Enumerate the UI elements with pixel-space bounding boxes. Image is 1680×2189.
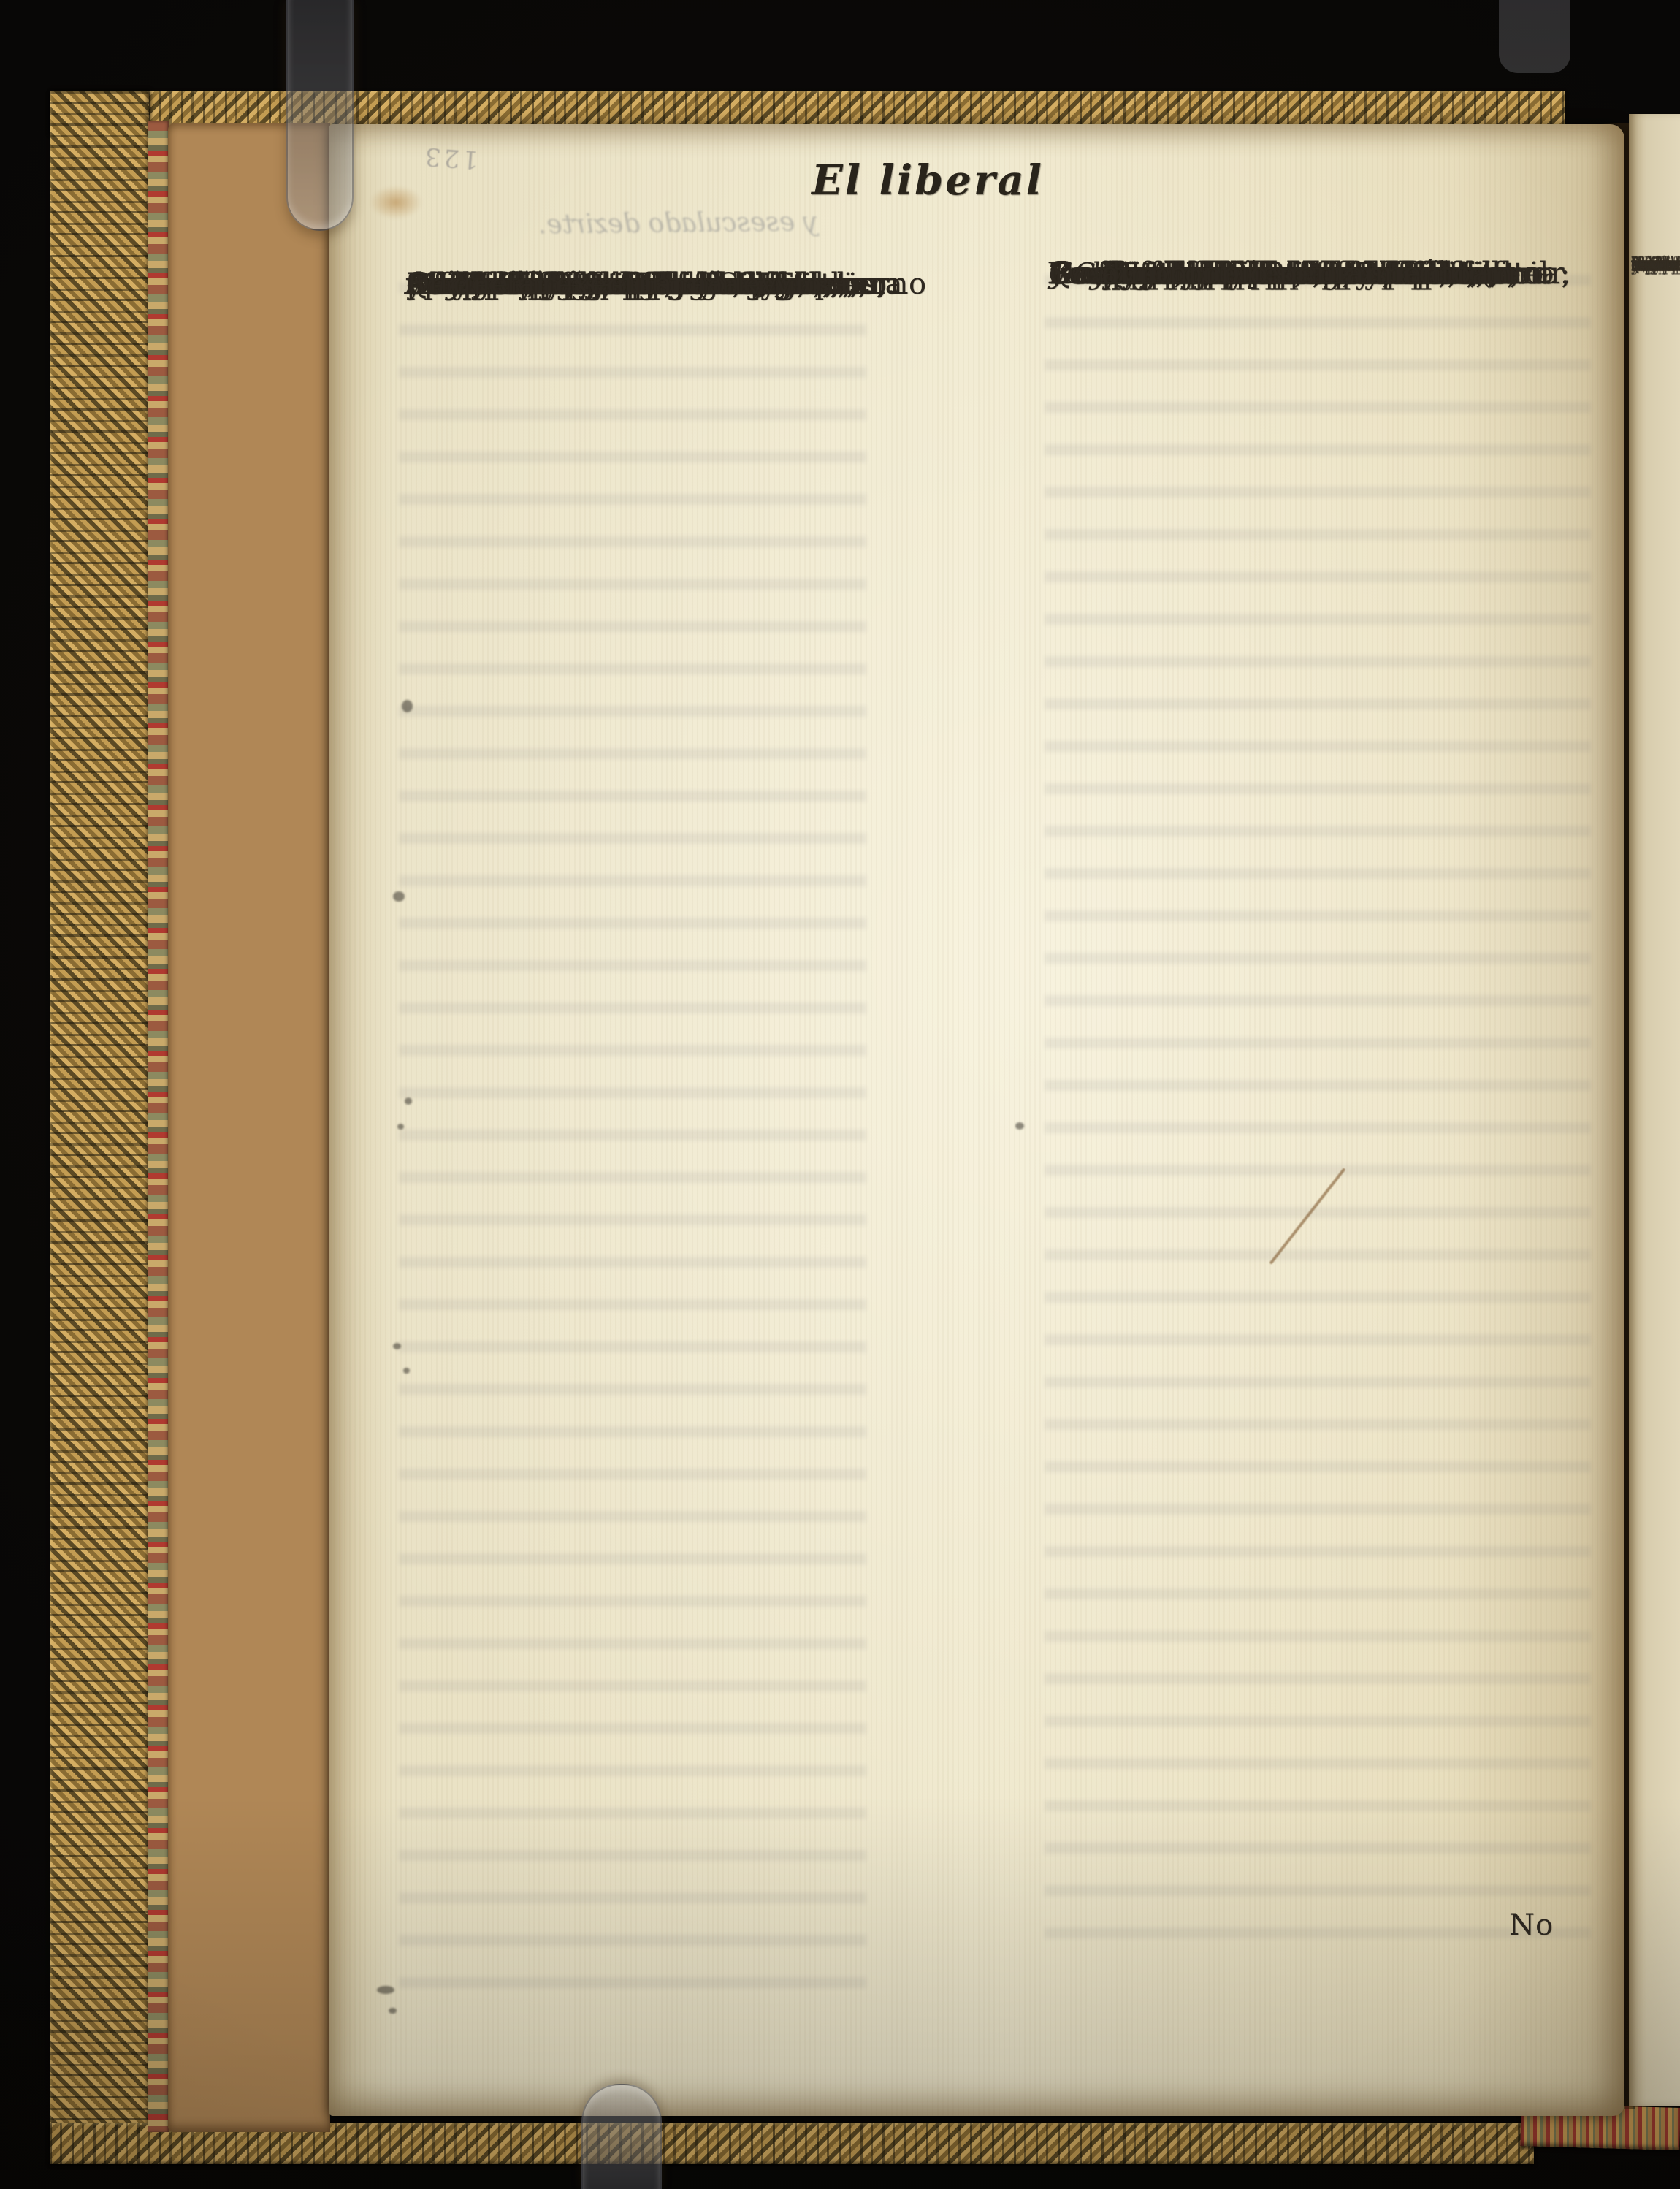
book-restraint-strap-top-right xyxy=(1499,0,1570,73)
ink-speck xyxy=(393,1343,401,1349)
book-restraint-strap-top xyxy=(286,0,354,231)
ink-speck xyxy=(389,2008,397,2014)
showthrough-right xyxy=(1045,275,1591,1955)
ink-speck xyxy=(402,700,413,712)
next-page-text-fragment: tu pad xyxy=(1629,241,1668,287)
ink-speck xyxy=(403,1368,410,1374)
book-restraint-strap-bottom xyxy=(581,2084,662,2189)
verse-text: que al executar la ley, xyxy=(453,263,783,306)
book-page: 123 y esesculado dezirte. El liberal par… xyxy=(329,124,1624,2116)
text-block-page-edges xyxy=(168,123,330,2132)
verse-text: ami propio penſamiento. xyxy=(1101,253,1481,294)
endpaper-stripe-edge xyxy=(148,121,169,2132)
showthrough-text-line: y esesculado dezirte. xyxy=(438,207,818,240)
gilt-board-edge-left xyxy=(50,91,149,2164)
pencil-foliation-number: 123 xyxy=(421,141,480,174)
ink-speck xyxy=(397,1124,404,1130)
next-page-edge: lo deue cte, que terira ſi puedrar détro… xyxy=(1629,114,1680,2106)
paper-stain xyxy=(370,186,422,219)
next-page-edge-text: lo deue cte, que terira ſi puedrar détro… xyxy=(1629,241,1680,2082)
ink-speck xyxy=(405,1097,412,1105)
book-photograph: 123 y esesculado dezirte. El liberal par… xyxy=(0,0,1680,2189)
ink-speck xyxy=(377,1986,394,1994)
running-header: El liberal xyxy=(738,156,1118,205)
ink-speck xyxy=(1015,1122,1024,1130)
catchword: No xyxy=(1509,1908,1554,1942)
showthrough-left xyxy=(399,282,866,1992)
ink-speck xyxy=(393,891,405,902)
